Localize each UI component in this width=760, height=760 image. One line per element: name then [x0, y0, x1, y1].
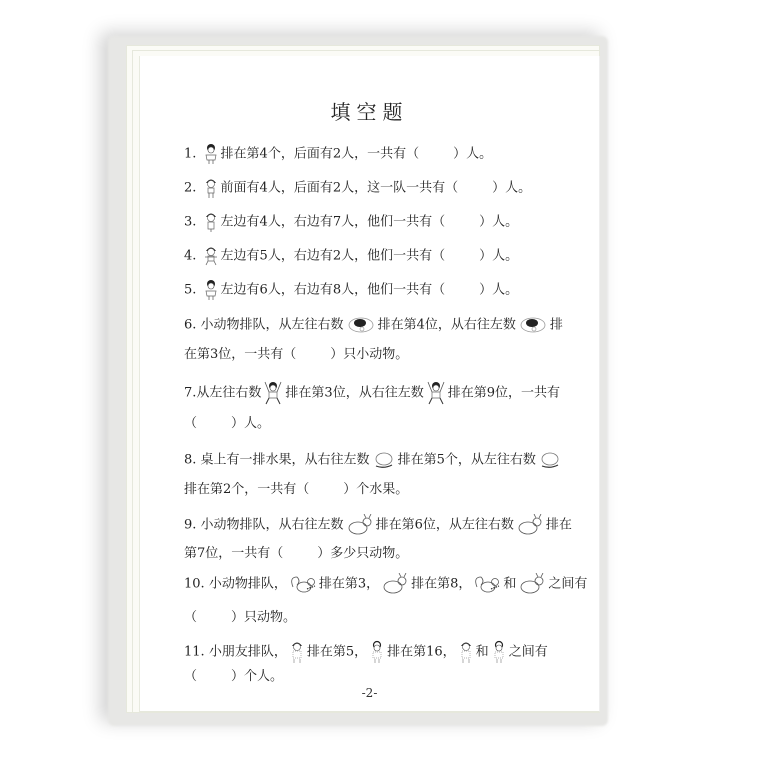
child-boy-icon — [458, 640, 474, 664]
question-6-continued: 在第3位，一共有（）只小动物。 — [184, 346, 408, 364]
question-6: 6. 小动物排队，从左往右数排在第4位，从右往左数排 — [184, 315, 563, 335]
question-10-continued: （）只动物。 — [184, 609, 296, 627]
question-11-continued: （）个人。 — [184, 668, 283, 686]
question-8-continued: 排在第2个，一共有（）个水果。 — [184, 481, 408, 499]
panda-icon — [346, 315, 376, 335]
question-9-continued: 第7位，一共有（）多少只动物。 — [184, 545, 408, 563]
question-7: 7.从左往右数排在第3位，从右往左数排在第9位，一共有 — [184, 380, 560, 406]
jumping-child-icon — [426, 380, 446, 406]
question-5: 5. 左边有6人，右边有8人，他们一共有（）人。 — [184, 279, 518, 301]
rabbit-icon — [346, 514, 374, 536]
peach-icon — [538, 450, 562, 470]
squirrel-icon — [473, 573, 501, 595]
question-7-continued: （）人。 — [184, 415, 270, 433]
question-4: 4. 左边有5人，右边有2人，他们一共有（）人。 — [184, 245, 518, 267]
question-8: 8. 桌上有一排水果，从右往左数排在第5个，从左往右数 — [184, 450, 564, 470]
child-girl-icon — [369, 640, 385, 664]
child-boy-icon — [203, 177, 219, 199]
question-3: 3. 左边有4人，右边有7人，他们一共有（）人。 — [184, 211, 518, 233]
child-boy-icon — [203, 211, 219, 233]
panda-icon — [518, 315, 548, 335]
jumping-child-icon — [263, 380, 283, 406]
question-11: 11. 小朋友排队，排在第5，排在第16，和之间有 — [184, 640, 548, 664]
peach-icon — [372, 450, 396, 470]
question-10: 10. 小动物排队，排在第3，排在第8，和之间有 — [184, 573, 587, 595]
page-number: -2- — [140, 686, 599, 700]
page-title: 填空题 — [140, 96, 599, 125]
question-2: 2. 前面有4人，后面有2人，这一队一共有（）人。 — [184, 177, 531, 199]
child-girl-icon — [203, 279, 219, 301]
rabbit-icon — [516, 514, 544, 536]
squirrel-icon — [289, 573, 317, 595]
child-boy-icon — [289, 640, 305, 664]
rabbit-icon — [381, 573, 409, 595]
question-1: 1. 排在第4个，后面有2人，一共有（）人。 — [184, 143, 492, 165]
worksheet-page: 填空题 1. 排在第4个，后面有2人，一共有（）人。 2. 前面有4人，后面有2… — [139, 56, 600, 712]
child-boy-icon — [203, 245, 219, 267]
child-girl-icon — [203, 143, 219, 165]
question-9: 9. 小动物排队，从右往左数排在第6位，从左往右数排在 — [184, 514, 572, 536]
child-girl-icon — [491, 640, 507, 664]
rabbit-icon — [518, 573, 546, 595]
